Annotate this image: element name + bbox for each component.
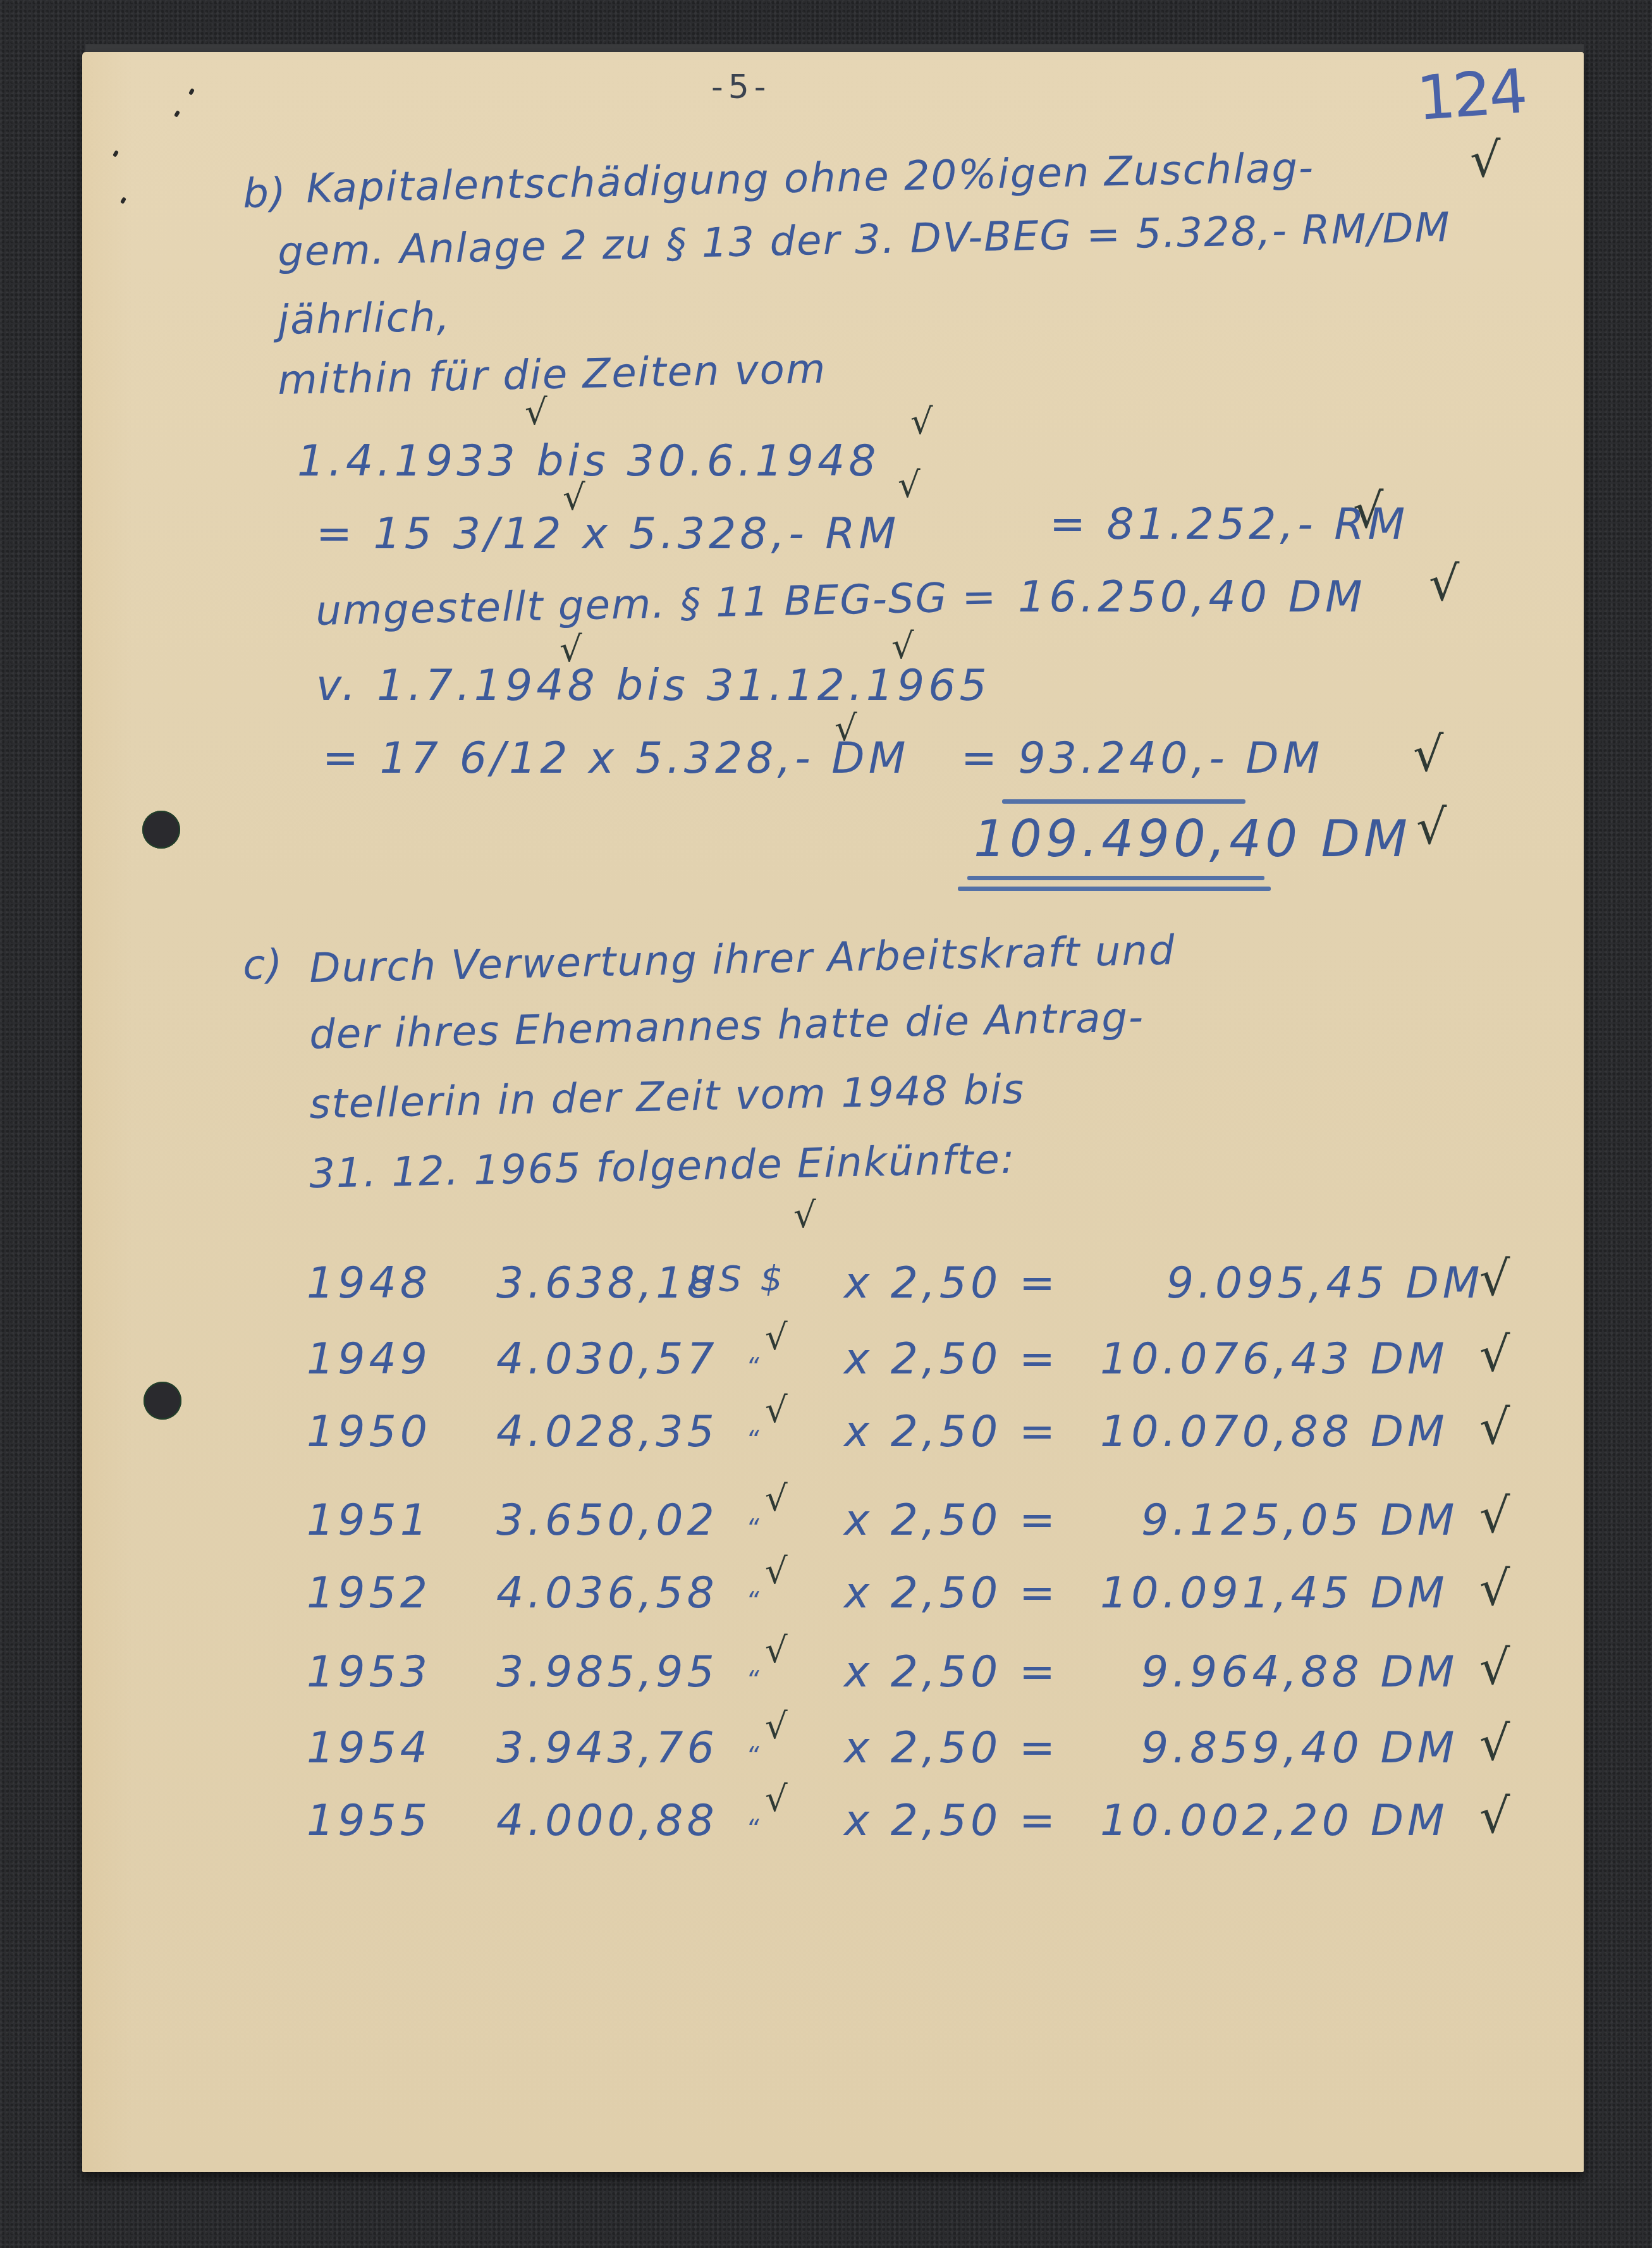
period-2-formula: = 17 6/12 x 5.328,- DM <box>322 734 909 783</box>
ditto-mark: “ <box>746 1742 759 1771</box>
section-b-total: 109.490,40 DM <box>974 809 1411 868</box>
check-mark-icon: √ <box>891 629 914 665</box>
dm-amount: 10.076,43 DM <box>1100 1334 1448 1384</box>
usd-amount: 3.650,02 <box>496 1496 718 1545</box>
sum-rule <box>1002 799 1245 804</box>
dm-amount: 9.095,45 DM <box>1166 1258 1483 1308</box>
check-mark-icon: √ <box>765 1320 788 1356</box>
check-mark-icon: √ <box>1479 1564 1510 1612</box>
ditto-mark: “ <box>746 1426 759 1455</box>
exchange-rate: x 2,50 = <box>844 1334 1059 1384</box>
check-mark-icon: √ <box>560 632 582 668</box>
table-row-1950: 1950 4.028,35 “ √ x 2,50 = 10.070,88 DM … <box>0 1407 1652 1470</box>
check-mark-icon: √ <box>765 1554 788 1590</box>
period-1-result-dm: 16.250,40 DM <box>1018 572 1366 622</box>
dm-amount: 9.125,05 DM <box>1141 1496 1458 1545</box>
check-mark-icon: √ <box>765 1633 788 1669</box>
year: 1949 <box>307 1334 431 1384</box>
usd-amount: 3.985,95 <box>496 1647 718 1697</box>
check-mark-icon: √ <box>1479 1792 1510 1840</box>
usd-amount: 4.036,58 <box>496 1568 718 1618</box>
dm-amount: 10.091,45 DM <box>1100 1568 1448 1618</box>
total-double-underline-2 <box>958 887 1271 891</box>
table-row-1951: 1951 3.650,02 “ √ x 2,50 = 9.125,05 DM √ <box>0 1496 1652 1559</box>
check-mark-icon: √ <box>765 1782 788 1817</box>
folio-number: 124 <box>1414 56 1527 134</box>
section-b-line-3: jährlich, <box>277 293 451 344</box>
check-mark-icon: √ <box>835 711 857 747</box>
exchange-rate: x 2,50 = <box>844 1496 1059 1545</box>
total-double-underline-1 <box>967 876 1264 880</box>
table-row-1949: 1949 4.030,57 “ √ x 2,50 = 10.076,43 DM … <box>0 1334 1652 1397</box>
punch-hole-top <box>142 811 180 849</box>
check-mark-icon: √ <box>1479 1403 1510 1451</box>
check-mark-icon: √ <box>1429 560 1459 608</box>
year: 1952 <box>307 1568 431 1618</box>
year: 1950 <box>307 1407 431 1457</box>
usd-unit: US $ <box>689 1258 786 1299</box>
exchange-rate: x 2,50 = <box>844 1647 1059 1697</box>
table-row-1952: 1952 4.036,58 “ √ x 2,50 = 10.091,45 DM … <box>0 1568 1652 1631</box>
period-2-range: v. 1.7.1948 bis 31.12.1965 <box>316 661 991 711</box>
exchange-rate: x 2,50 = <box>844 1723 1059 1773</box>
table-row-1955: 1955 4.000,88 “ √ x 2,50 = 10.002,20 DM … <box>0 1796 1652 1859</box>
usd-amount: 4.028,35 <box>496 1407 718 1457</box>
ditto-mark: “ <box>746 1514 759 1544</box>
usd-amount: 3.638,18 <box>496 1258 718 1308</box>
check-mark-icon: √ <box>765 1482 788 1517</box>
check-mark-icon: √ <box>1416 803 1447 851</box>
year: 1948 <box>307 1258 431 1308</box>
page-number: -5- <box>711 68 771 106</box>
check-mark-icon: √ <box>898 468 921 503</box>
check-mark-icon: √ <box>910 405 933 440</box>
exchange-rate: x 2,50 = <box>844 1407 1059 1457</box>
check-mark-icon: √ <box>1479 1643 1510 1692</box>
exchange-rate: x 2,50 = <box>844 1796 1059 1846</box>
check-mark-icon: √ <box>1470 136 1500 184</box>
period-1-formula: = 15 3/12 x 5.328,- RM <box>316 509 900 559</box>
usd-amount: 4.030,57 <box>496 1334 718 1384</box>
ditto-mark: “ <box>746 1666 759 1695</box>
ditto-mark: “ <box>746 1353 759 1382</box>
table-row-1953: 1953 3.985,95 “ √ x 2,50 = 9.964,88 DM √ <box>0 1647 1652 1711</box>
table-row-1948: 1948 3.638,18 US $ x 2,50 = 9.095,45 DM … <box>0 1258 1652 1322</box>
check-mark-icon: √ <box>1479 1719 1510 1767</box>
period-1-range: 1.4.1933 bis 30.6.1948 <box>297 436 880 486</box>
ditto-mark: “ <box>746 1815 759 1844</box>
period-2-result-dm: = 93.240,- DM <box>961 734 1323 783</box>
usd-amount: 4.000,88 <box>496 1796 718 1846</box>
ditto-mark: “ <box>746 1587 759 1616</box>
exchange-rate: x 2,50 = <box>844 1258 1059 1308</box>
dm-amount: 10.070,88 DM <box>1100 1407 1448 1457</box>
dm-amount: 10.002,20 DM <box>1100 1796 1448 1846</box>
usd-amount: 3.943,76 <box>496 1723 718 1773</box>
exchange-rate: x 2,50 = <box>844 1568 1059 1618</box>
dm-amount: 9.859,40 DM <box>1141 1723 1458 1773</box>
year: 1954 <box>307 1723 431 1773</box>
check-mark-icon: √ <box>793 1198 816 1234</box>
check-mark-icon: √ <box>1413 730 1443 778</box>
check-mark-icon: √ <box>525 395 548 431</box>
dm-amount: 9.964,88 DM <box>1141 1647 1458 1697</box>
year: 1951 <box>307 1496 431 1545</box>
table-row-1954: 1954 3.943,76 “ √ x 2,50 = 9.859,40 DM √ <box>0 1723 1652 1786</box>
check-mark-icon: √ <box>1353 487 1383 535</box>
check-mark-icon: √ <box>1479 1255 1510 1303</box>
check-mark-icon: √ <box>563 481 585 516</box>
section-c-label: c) <box>242 942 284 989</box>
check-mark-icon: √ <box>1479 1330 1510 1379</box>
check-mark-icon: √ <box>765 1709 788 1745</box>
check-mark-icon: √ <box>765 1393 788 1428</box>
section-b-label: b) <box>242 170 287 218</box>
check-mark-icon: √ <box>1479 1492 1510 1540</box>
year: 1955 <box>307 1796 431 1846</box>
year: 1953 <box>307 1647 431 1697</box>
